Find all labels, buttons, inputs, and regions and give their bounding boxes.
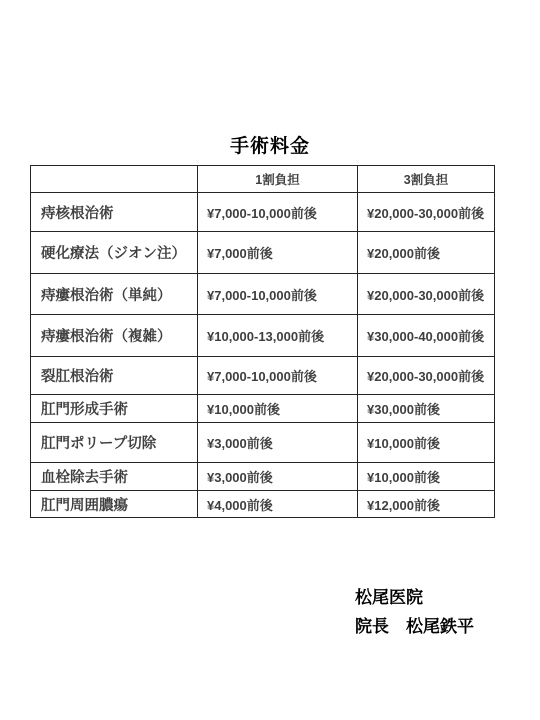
copay10-cell: ¥4,000前後: [198, 491, 358, 518]
copay30-cell: ¥20,000前後: [358, 232, 495, 274]
procedure-cell: 硬化療法（ジオン注）: [31, 232, 198, 274]
copay30-cell: ¥10,000前後: [358, 463, 495, 491]
procedure-cell: 肛門周囲膿瘍: [31, 491, 198, 518]
surgery-fee-table: 1割負担 3割負担 痔核根治術 ¥7,000-10,000前後 ¥20,000-…: [30, 165, 495, 518]
signature-block: 松尾医院 院長 松尾鉄平: [355, 583, 474, 641]
table-row: 肛門周囲膿瘍 ¥4,000前後 ¥12,000前後: [31, 491, 495, 518]
procedure-cell: 痔核根治術: [31, 193, 198, 232]
copay30-cell: ¥12,000前後: [358, 491, 495, 518]
header-row: 1割負担 3割負担: [31, 166, 495, 193]
table-row: 肛門形成手術 ¥10,000前後 ¥30,000前後: [31, 395, 495, 423]
copay30-cell: ¥10,000前後: [358, 423, 495, 463]
copay30-cell: ¥20,000-30,000前後: [358, 274, 495, 315]
copay10-cell: ¥7,000-10,000前後: [198, 357, 358, 395]
procedure-cell: 肛門形成手術: [31, 395, 198, 423]
copay10-cell: ¥7,000-10,000前後: [198, 193, 358, 232]
copay30-cell: ¥20,000-30,000前後: [358, 193, 495, 232]
procedure-cell: 痔瘻根治術（複雑）: [31, 315, 198, 357]
copay10-cell: ¥10,000前後: [198, 395, 358, 423]
procedure-cell: 血栓除去手術: [31, 463, 198, 491]
copay30-cell: ¥30,000前後: [358, 395, 495, 423]
table-row: 硬化療法（ジオン注） ¥7,000前後 ¥20,000前後: [31, 232, 495, 274]
clinic-name: 松尾医院: [355, 583, 474, 612]
header-cell-copay30: 3割負担: [358, 166, 495, 193]
procedure-cell: 裂肛根治術: [31, 357, 198, 395]
table-row: 裂肛根治術 ¥7,000-10,000前後 ¥20,000-30,000前後: [31, 357, 495, 395]
procedure-cell: 痔瘻根治術（単純）: [31, 274, 198, 315]
table-row: 肛門ポリープ切除 ¥3,000前後 ¥10,000前後: [31, 423, 495, 463]
copay30-cell: ¥30,000-40,000前後: [358, 315, 495, 357]
page-title: 手術料金: [0, 131, 540, 158]
copay10-cell: ¥3,000前後: [198, 423, 358, 463]
table-body: 痔核根治術 ¥7,000-10,000前後 ¥20,000-30,000前後 硬…: [31, 193, 495, 518]
copay10-cell: ¥7,000-10,000前後: [198, 274, 358, 315]
copay30-cell: ¥20,000-30,000前後: [358, 357, 495, 395]
header-cell-copay10: 1割負担: [198, 166, 358, 193]
table-row: 痔瘻根治術（単純） ¥7,000-10,000前後 ¥20,000-30,000…: [31, 274, 495, 315]
copay10-cell: ¥7,000前後: [198, 232, 358, 274]
header-cell-procedure: [31, 166, 198, 193]
table-row: 痔瘻根治術（複雑） ¥10,000-13,000前後 ¥30,000-40,00…: [31, 315, 495, 357]
procedure-cell: 肛門ポリープ切除: [31, 423, 198, 463]
copay10-cell: ¥10,000-13,000前後: [198, 315, 358, 357]
copay10-cell: ¥3,000前後: [198, 463, 358, 491]
table-row: 血栓除去手術 ¥3,000前後 ¥10,000前後: [31, 463, 495, 491]
director-name: 院長 松尾鉄平: [355, 612, 474, 641]
table-header: 1割負担 3割負担: [31, 166, 495, 193]
document-page: 手術料金 1割負担 3割負担 痔核根治術 ¥7,000-10,000前後 ¥20…: [0, 0, 540, 720]
table-row: 痔核根治術 ¥7,000-10,000前後 ¥20,000-30,000前後: [31, 193, 495, 232]
